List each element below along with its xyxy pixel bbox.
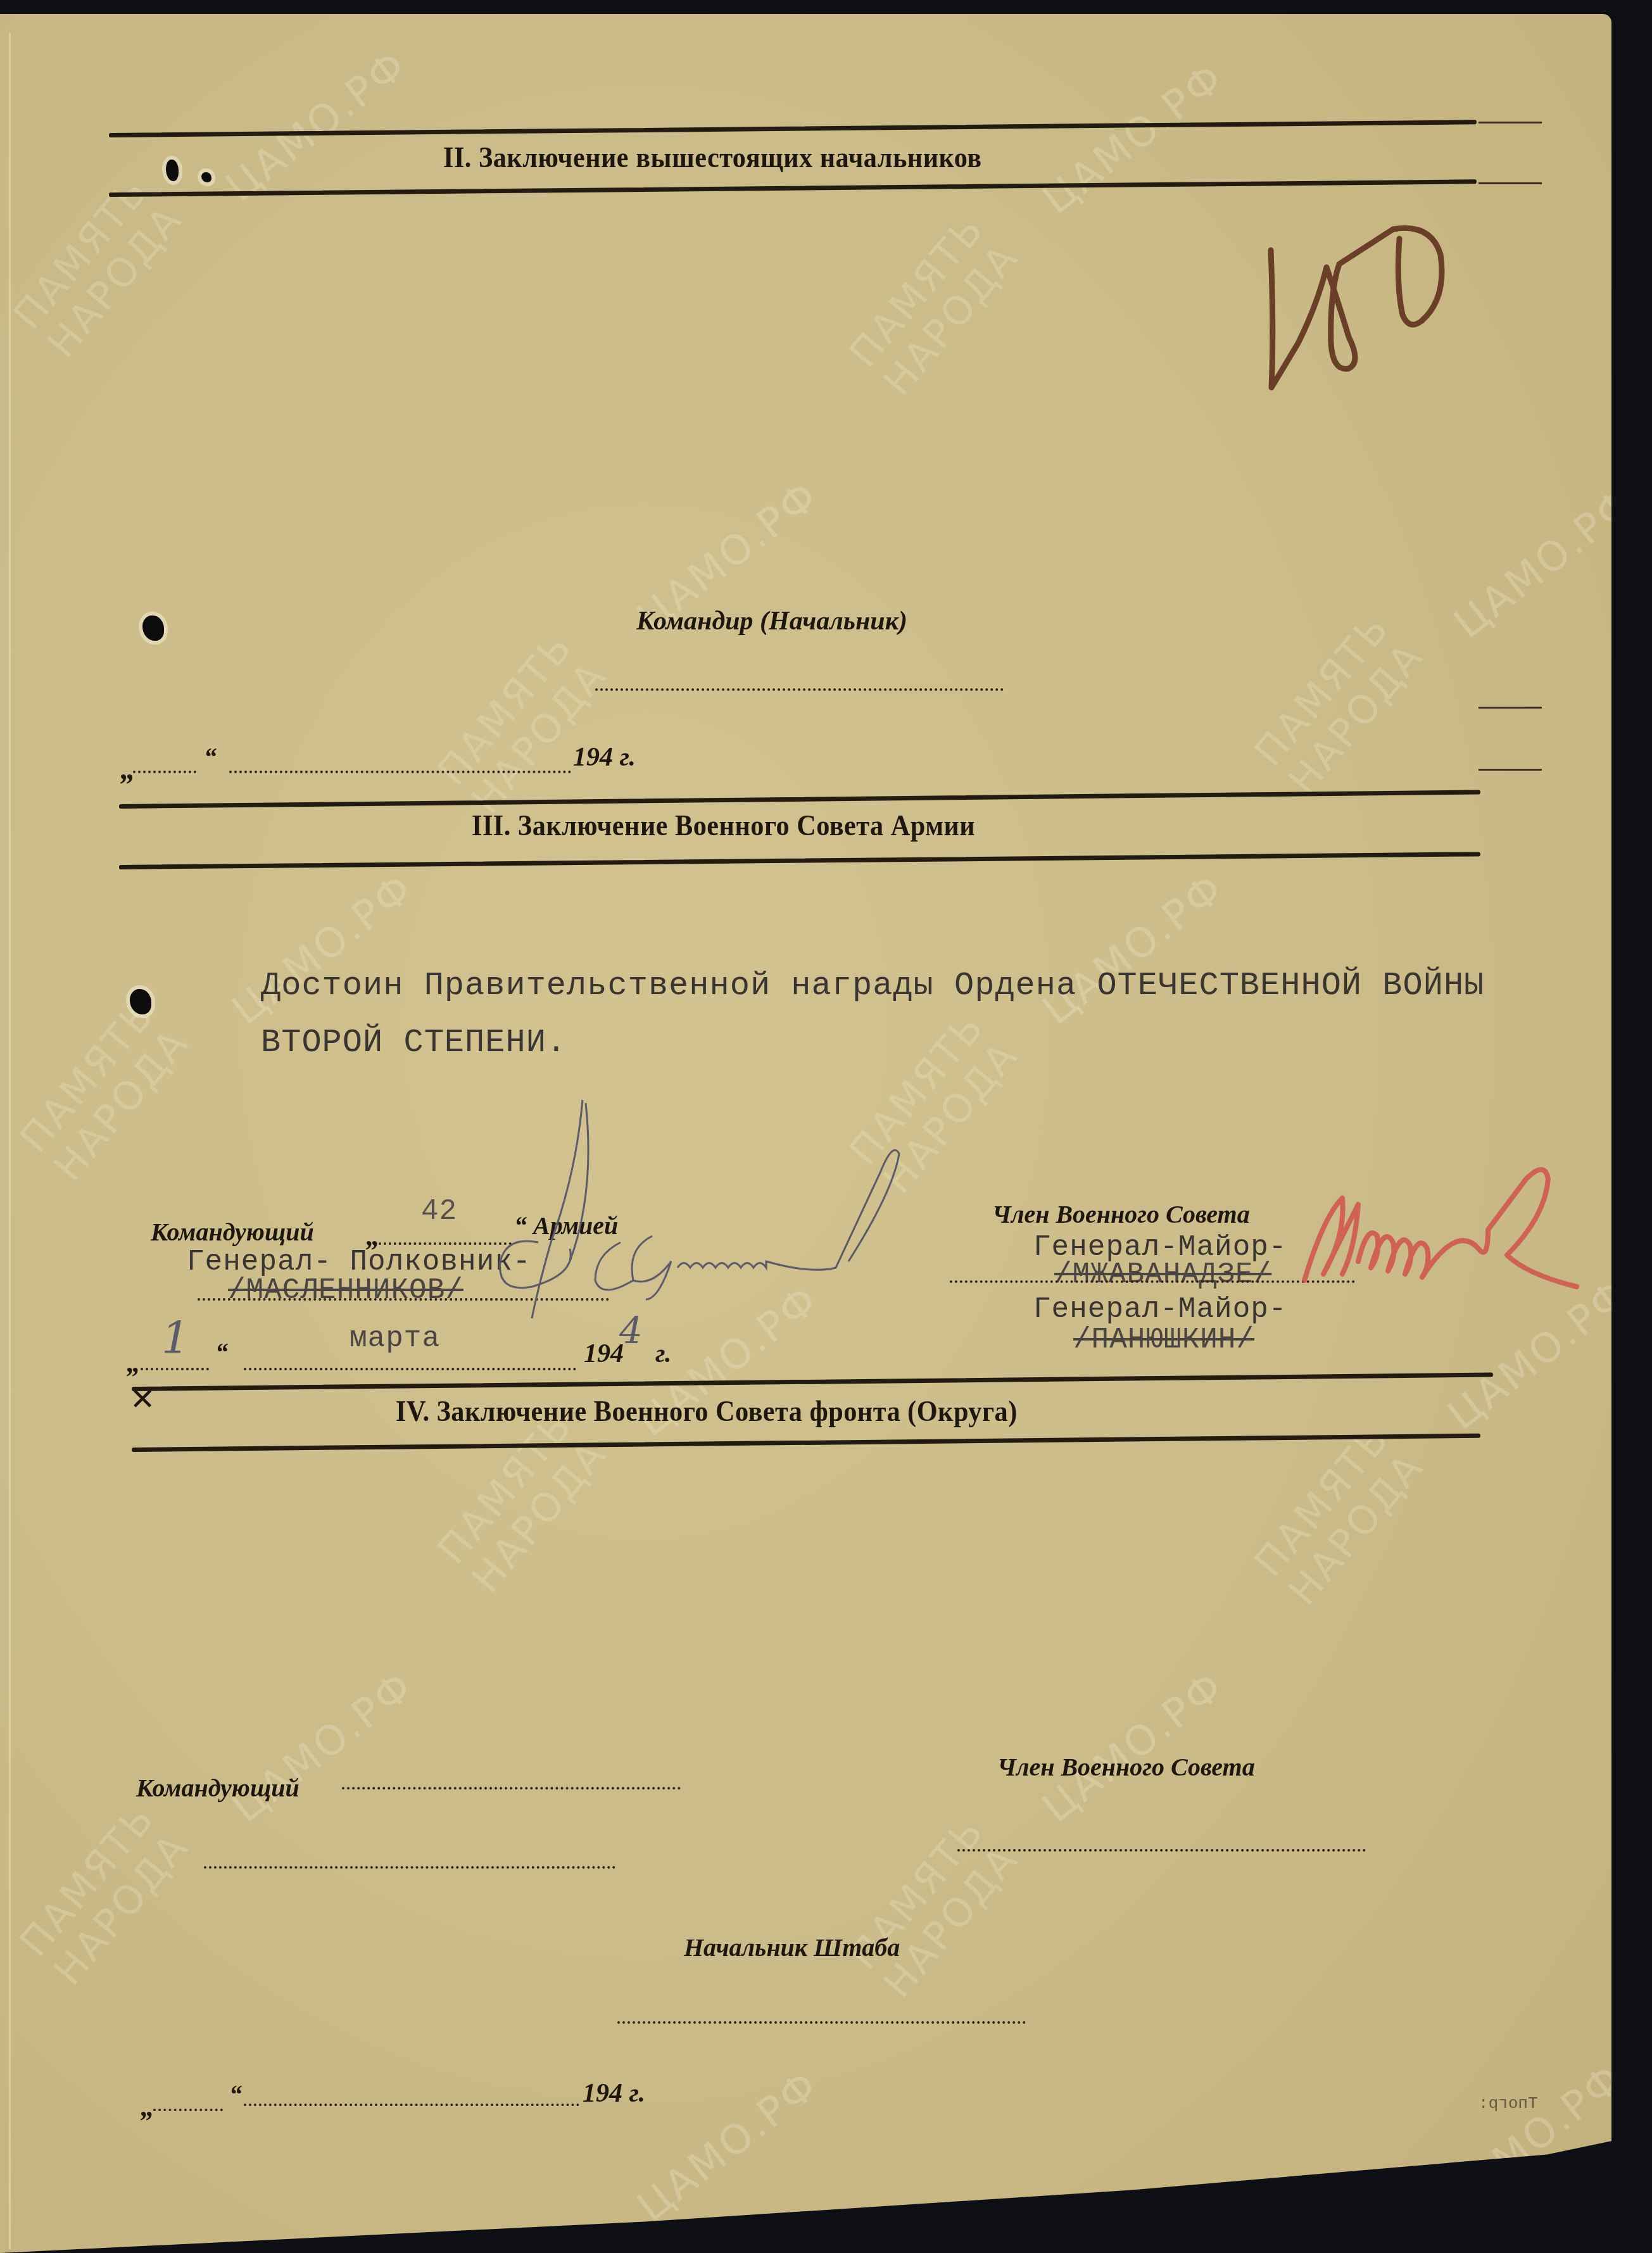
army-commander-label: Командующий bbox=[151, 1217, 314, 1247]
army-number: 42 bbox=[421, 1195, 457, 1228]
chief-of-staff-signature-line[interactable] bbox=[617, 2021, 1026, 2024]
date-month-field[interactable] bbox=[229, 771, 571, 773]
section-divider-top bbox=[119, 790, 1480, 809]
council-member-signature-line[interactable] bbox=[950, 1280, 1355, 1283]
council-member-label: Член Военного Совета bbox=[992, 1199, 1250, 1229]
margin-tick bbox=[1479, 122, 1542, 123]
date-quote-close: “ bbox=[204, 742, 217, 772]
page-fold-line bbox=[9, 33, 11, 2249]
section-3-header: III. Заключение Военного Совета Армии bbox=[472, 809, 975, 842]
section-2-header: II. Заключение вышестоящих начальников bbox=[443, 141, 982, 174]
date-month-field[interactable] bbox=[244, 2104, 579, 2106]
date-quote-open: „ bbox=[120, 752, 136, 786]
front-council-member-signature-line[interactable] bbox=[957, 1849, 1366, 1852]
date-quote-close: “ bbox=[229, 2079, 242, 2109]
conclusion-text-line-1: Достоин Правительственной награды Ордена… bbox=[261, 967, 1484, 1004]
date-year-label: 194 г. bbox=[573, 742, 636, 773]
section-divider-bottom bbox=[109, 179, 1477, 197]
chief-of-staff-label: Начальник Штаба bbox=[684, 1933, 900, 1962]
date-month-field[interactable] bbox=[244, 1368, 576, 1370]
watermark-site: ЦАМО.РФ bbox=[1034, 1662, 1233, 1832]
commander-signature-line[interactable] bbox=[595, 688, 1004, 691]
watermark-project: ПАМЯТЬНАРОДА bbox=[1246, 1416, 1432, 1613]
watermark-project: ПАМЯТЬНАРОДА bbox=[11, 992, 198, 1189]
watermark-site: ЦАМО.РФ bbox=[224, 1662, 422, 1832]
date-year-prefix: 194 bbox=[584, 1339, 624, 1369]
date-day-handwritten: 1 bbox=[161, 1312, 190, 1364]
watermark-site: ЦАМО.РФ bbox=[1446, 478, 1644, 648]
watermark-project: ПАМЯТЬНАРОДА bbox=[429, 1403, 615, 1601]
margin-tick bbox=[1479, 707, 1542, 709]
date-year-label: г. bbox=[655, 1339, 671, 1369]
watermark-project: ПАМЯТЬНАРОДА bbox=[5, 168, 191, 366]
section-divider-bottom bbox=[132, 1434, 1480, 1452]
section-4-header: IV. Заключение Военного Совета фронта (О… bbox=[396, 1394, 1018, 1428]
watermark-project: ПАМЯТЬНАРОДА bbox=[1246, 605, 1432, 803]
council-member-2-name: /ПАНЮШКИН/ bbox=[1073, 1323, 1254, 1356]
watermark-project: ПАМЯТЬНАРОДА bbox=[429, 624, 615, 822]
commander-signature bbox=[469, 1097, 924, 1331]
watermark-project: ПАМЯТЬНАРОДА bbox=[841, 206, 1027, 404]
commander-name: /МАСЛЕННИКОВ/ bbox=[228, 1274, 463, 1307]
margin-tick bbox=[1479, 769, 1542, 771]
section-divider-top bbox=[132, 1372, 1493, 1391]
council-member-signature-red bbox=[1298, 1154, 1596, 1299]
watermark-project: ПАМЯТЬНАРОДА bbox=[11, 1796, 198, 1993]
conclusion-text-line-2: ВТОРОЙ СТЕПЕНИ. bbox=[261, 1024, 567, 1061]
watermark-project: ПАМЯТЬНАРОДА bbox=[841, 1808, 1027, 2006]
council-member-1-name: /МЖАВАНАДЗЕ/ bbox=[1054, 1258, 1271, 1291]
section-divider-bottom bbox=[119, 852, 1480, 869]
watermark-site: ЦАМО.РФ bbox=[1034, 54, 1233, 224]
date-year-suffix-handwritten: 4 bbox=[619, 1309, 643, 1352]
mirrored-printer-mark: Тпогр: bbox=[1479, 2094, 1538, 2113]
watermark-site: ЦАМО.РФ bbox=[224, 864, 422, 1034]
front-commander-label: Командующий bbox=[136, 1773, 300, 1803]
date-day-field[interactable] bbox=[153, 2109, 223, 2111]
watermark-site: ЦАМО.РФ bbox=[629, 2061, 828, 2231]
date-month: марта bbox=[350, 1322, 440, 1355]
date-year-label: 194 г. bbox=[583, 2078, 645, 2109]
watermark-site: ЦАМО.РФ bbox=[217, 41, 416, 211]
margin-tick bbox=[1479, 182, 1542, 184]
watermark-site: ЦАМО.РФ bbox=[1433, 2055, 1632, 2225]
front-commander-name-line[interactable] bbox=[204, 1866, 615, 1869]
date-quote-open: „ bbox=[141, 2091, 154, 2123]
document-page: ЦАМО.РФ ПАМЯТЬНАРОДА ЦАМО.РФ ПАМЯТЬНАРОД… bbox=[0, 14, 1611, 2253]
date-day-field[interactable] bbox=[141, 1368, 209, 1370]
commander-label: Командир (Начальник) bbox=[636, 606, 907, 636]
archive-number-handwritten: 150 bbox=[1260, 204, 1450, 400]
front-council-member-label: Член Военного Совета bbox=[997, 1752, 1255, 1782]
council-member-2-rank: Генерал-Майор- bbox=[1033, 1293, 1287, 1326]
punch-hole bbox=[201, 172, 211, 182]
punch-hole bbox=[166, 160, 179, 181]
date-day-field[interactable] bbox=[133, 771, 196, 773]
punch-hole bbox=[142, 615, 164, 641]
date-quote-close: “ bbox=[215, 1337, 228, 1367]
watermark-site: ЦАМО.РФ bbox=[1034, 864, 1233, 1034]
date-quote-open: „ bbox=[127, 1347, 141, 1379]
front-commander-signature-line[interactable] bbox=[342, 1787, 681, 1789]
